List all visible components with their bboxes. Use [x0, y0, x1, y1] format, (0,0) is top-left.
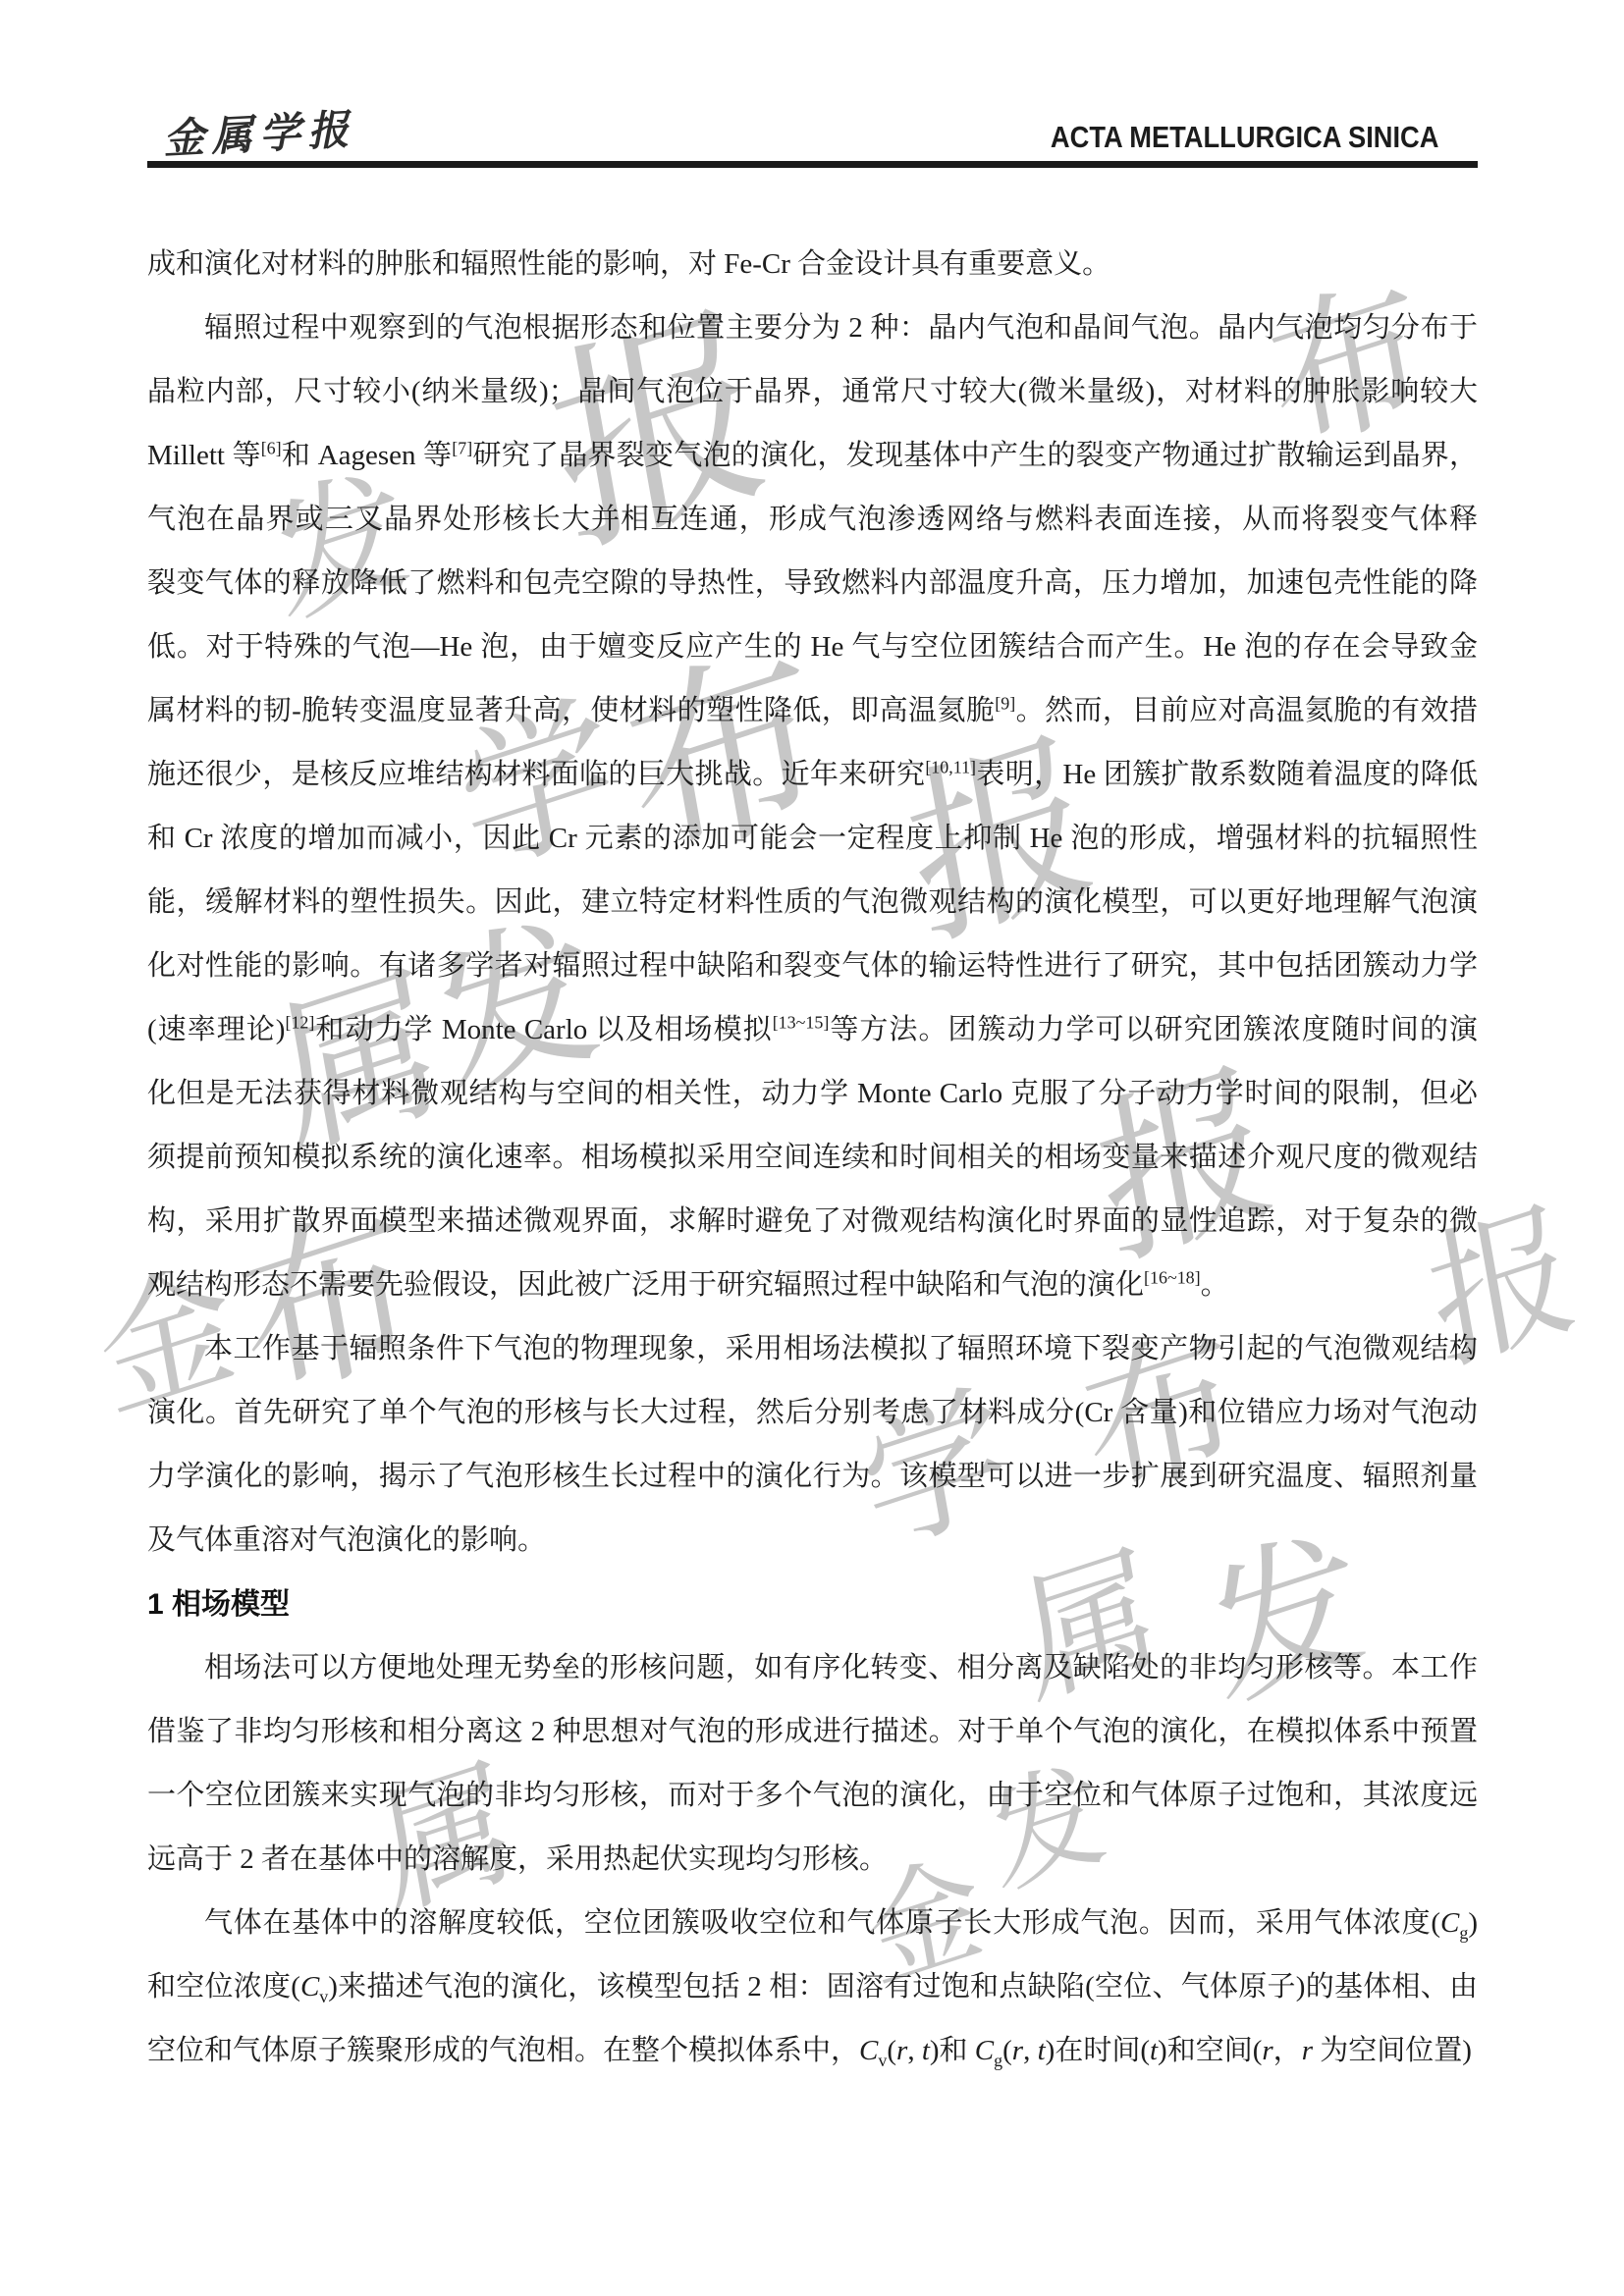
- text-line: 一个空位团簇来实现气泡的非均匀形核，而对于多个气泡的演化，由于空位和气体原子过饱…: [147, 1764, 1478, 1828]
- text-line: 构，采用扩散界面模型来描述微观界面，求解时避免了对微观结构演化时界面的显性追踪，…: [147, 1190, 1478, 1254]
- text-line: 和空位浓度(Cv)来描述气泡的演化，该模型包括 2 相：固溶有过饱和点缺陷(空位…: [147, 1955, 1478, 2019]
- text-line: 属材料的韧-脆转变温度显著升高，使材料的塑性降低，即高温氦脆[9]。然而，目前应…: [147, 679, 1478, 743]
- text-line: 化对性能的影响。有诸多学者对辐照过程中缺陷和裂变气体的输运特性进行了研究，其中包…: [147, 934, 1478, 998]
- text-line: 本工作基于辐照条件下气泡的物理现象，采用相场法模拟了辐照环境下裂变产物引起的气泡…: [147, 1317, 1478, 1381]
- text-line: 空位和气体原子簇聚形成的气泡相。在整个模拟体系中，Cv(r, t)和 Cg(r,…: [147, 2019, 1478, 2083]
- text-line: 化但是无法获得材料微观结构与空间的相关性，动力学 Monte Carlo 克服了…: [147, 1062, 1478, 1126]
- text-line: 远高于 2 者在基体中的溶解度，采用热起伏实现均匀形核。: [147, 1828, 1478, 1892]
- text-line: 气体在基体中的溶解度较低，空位团簇吸收空位和气体原子长大形成气泡。因而，采用气体…: [147, 1892, 1478, 1955]
- journal-logo: 金属学报: [162, 97, 357, 166]
- text-line: 低。对于特殊的气泡—He 泡，由于嬗变反应产生的 He 气与空位团簇结合而产生。…: [147, 615, 1478, 679]
- text-line: 施还很少，是核反应堆结构材料面临的巨大挑战。近年来研究[10,11]表明，He …: [147, 743, 1478, 807]
- text-line: 能，缓解材料的塑性损失。因此，建立特定材料性质的气泡微观结构的演化模型，可以更好…: [147, 871, 1478, 934]
- text-line: 须提前预知模拟系统的演化速率。相场模拟采用空间连续和时间相关的相场变量来描述介观…: [147, 1126, 1478, 1190]
- text-line: (速率理论)[12]和动力学 Monte Carlo 以及相场模拟[13~15]…: [147, 998, 1478, 1062]
- text-line: 辐照过程中观察到的气泡根据形态和位置主要分为 2 种：晶内气泡和晶间气泡。晶内气…: [147, 296, 1478, 360]
- text-line: 晶粒内部，尺寸较小(纳米量级)；晶间气泡位于晶界，通常尺寸较大(微米量级)，对材…: [147, 360, 1478, 424]
- header-rule: [147, 161, 1478, 168]
- text-line: 相场法可以方便地处理无势垒的形核问题，如有序化转变、相分离及缺陷处的非均匀形核等…: [147, 1636, 1478, 1700]
- text-line: 和 Cr 浓度的增加而减小，因此 Cr 元素的添加可能会一定程度上抑制 He 泡…: [147, 807, 1478, 871]
- journal-name: ACTA METALLURGICA SINICA: [1050, 120, 1438, 155]
- text-line: 裂变气体的释放降低了燃料和包壳空隙的导热性，导致燃料内部温度升高，压力增加，加速…: [147, 552, 1478, 615]
- text-line: 气泡在晶界或三叉晶界处形核长大并相互连通，形成气泡渗透网络与燃料表面连接，从而将…: [147, 488, 1478, 552]
- text-line: 成和演化对材料的肿胀和辐照性能的影响，对 Fe-Cr 合金设计具有重要意义。: [147, 233, 1478, 296]
- document-page: 报布发学布报属发金布报报布学属发属发金 金属学报 ACTA METALLURGI…: [0, 0, 1624, 2296]
- text-line: Millett 等[6]和 Aagesen 等[7]研究了晶界裂变气泡的演化，发…: [147, 424, 1478, 488]
- article-body: 成和演化对材料的肿胀和辐照性能的影响，对 Fe-Cr 合金设计具有重要意义。辐照…: [147, 233, 1478, 2083]
- text-line: 借鉴了非均匀形核和相分离这 2 种思想对气泡的形成进行描述。对于单个气泡的演化，…: [147, 1700, 1478, 1764]
- text-line: 观结构形态不需要先验假设，因此被广泛用于研究辐照过程中缺陷和气泡的演化[16~1…: [147, 1254, 1478, 1317]
- section-heading: 1 相场模型: [147, 1573, 1478, 1636]
- text-line: 及气体重溶对气泡演化的影响。: [147, 1509, 1478, 1573]
- text-line: 演化。首先研究了单个气泡的形核与长大过程，然后分别考虑了材料成分(Cr 含量)和…: [147, 1381, 1478, 1445]
- text-line: 力学演化的影响，揭示了气泡形核生长过程中的演化行为。该模型可以进一步扩展到研究温…: [147, 1445, 1478, 1509]
